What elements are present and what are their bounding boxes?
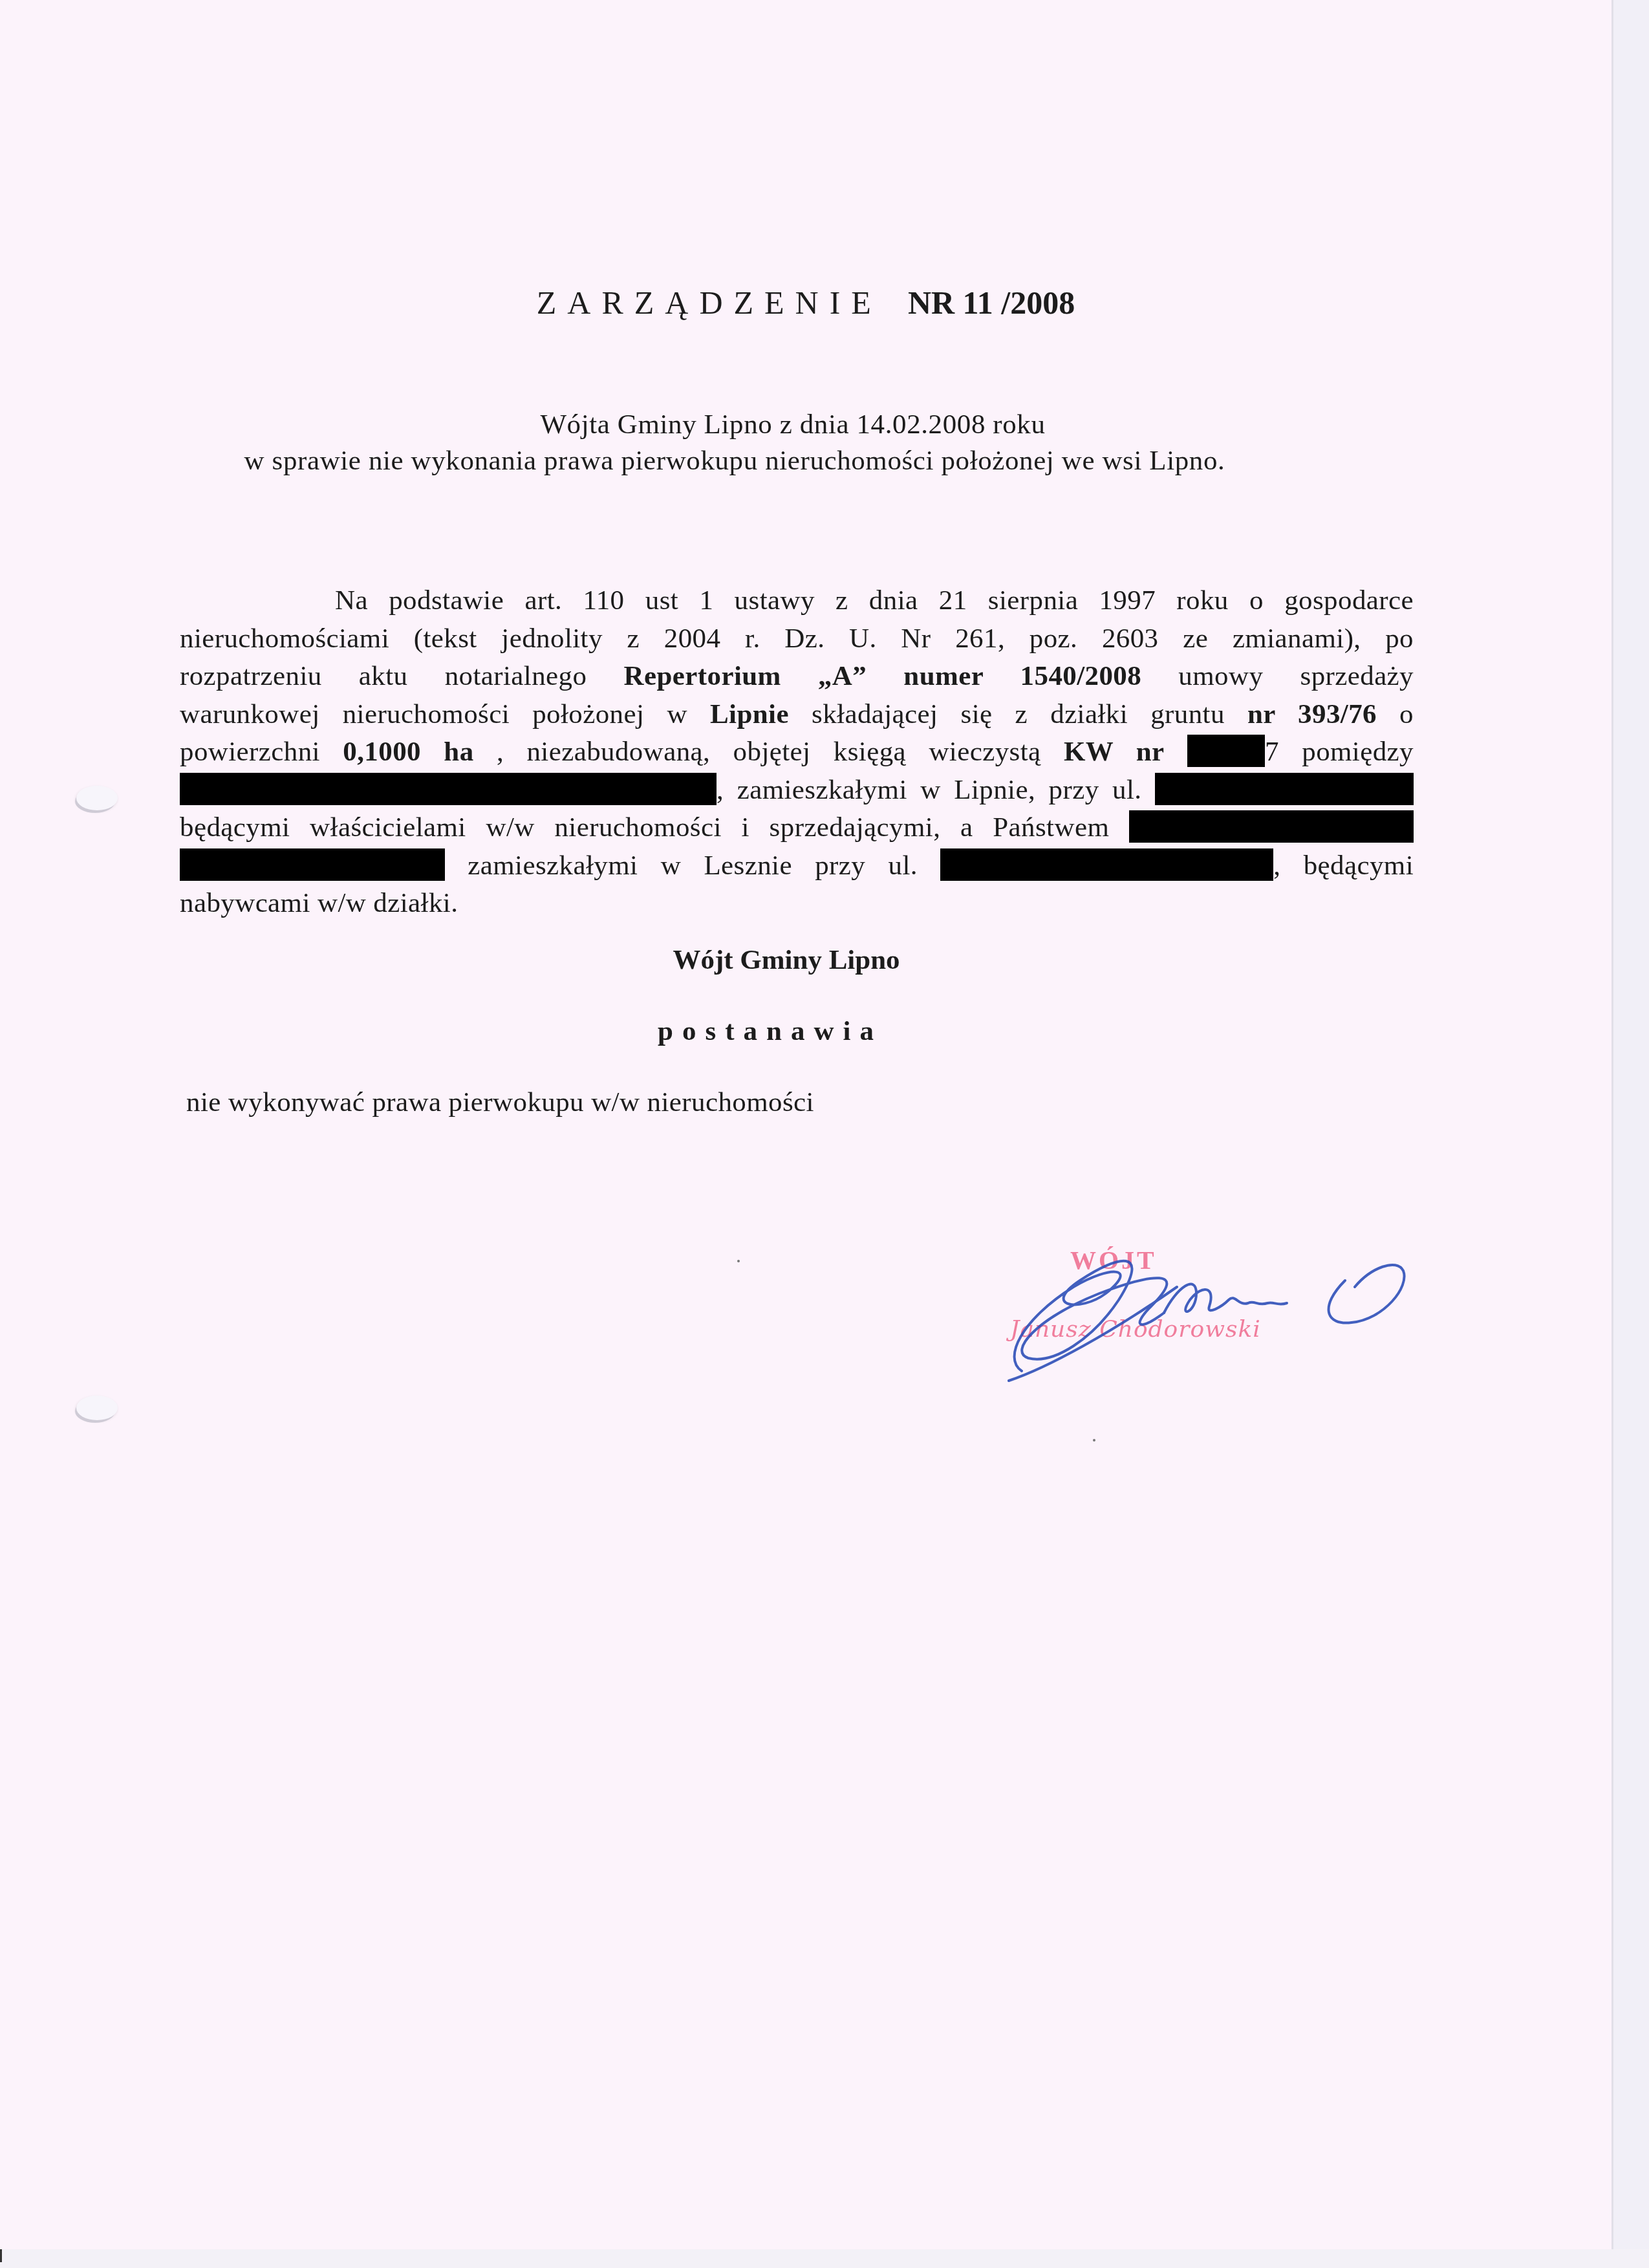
redaction-seller-names (180, 773, 717, 805)
punch-hole-icon (76, 1396, 118, 1420)
notarial-act-reference: Repertorium „A” numer 1540/2008 (624, 661, 1142, 691)
scan-bottom-strip (0, 2249, 1649, 2268)
land-register-label: KW nr (1064, 737, 1165, 767)
redaction-buyer-names (1129, 810, 1414, 843)
scan-edge-mark (0, 2249, 2, 2262)
text: o (1399, 699, 1414, 729)
punch-hole-icon (76, 786, 118, 810)
text: , zamieszkałymi w Lipnie, przy ul. (717, 775, 1141, 805)
redaction-seller-street (1155, 773, 1414, 805)
body-paragraph: Na podstawie art. 110 ust 1 ustawy z dni… (180, 582, 1414, 923)
body-line: zamieszkałymi w Lesznie przy ul. , będąc… (180, 847, 1414, 885)
text: będącymi właścicielami w/w nieruchomości… (180, 812, 1109, 843)
scan-speck (1093, 1439, 1095, 1442)
redaction-buyer-street (940, 848, 1273, 881)
plot-area: 0,1000 ha (343, 737, 473, 767)
text: rozpatrzeniu aktu notarialnego (180, 661, 587, 691)
title-number: NR 11 /2008 (908, 285, 1075, 321)
body-line: warunkowej nieruchomości położonej w Lip… (180, 696, 1414, 734)
text: umowy sprzedaży (1178, 661, 1414, 691)
title-word: ZARZĄDZENIE (537, 285, 882, 321)
text: zamieszkałymi w Lesznie przy ul. (468, 850, 918, 881)
text: składającej się z działki gruntu (812, 699, 1225, 729)
paper-sheet (0, 0, 1613, 2249)
subtitle-subject: w sprawie nie wykonania prawa pierwokupu… (0, 444, 1540, 479)
signature-icon (983, 1209, 1423, 1403)
body-line: powierzchni 0,1000 ha , niezabudowaną, o… (180, 733, 1414, 772)
body-line: będącymi właścicielami w/w nieruchomości… (180, 809, 1414, 847)
subtitle-issuer-date: Wójta Gminy Lipno z dnia 14.02.2008 roku (0, 407, 1599, 442)
plot-number: nr 393/76 (1247, 699, 1377, 729)
body-line: Na podstawie art. 110 ust 1 ustawy z dni… (180, 582, 1414, 620)
mayor-heading: Wójt Gminy Lipno (0, 943, 1592, 978)
text: powierzchni (180, 737, 320, 767)
text: , niezabudowaną, objętej księgą wieczyst… (497, 737, 1041, 767)
body-line: nabywcami w/w działki. (180, 885, 1414, 923)
decision-text: nie wykonywać prawa pierwokupu w/w nieru… (186, 1085, 814, 1120)
body-line: , zamieszkałymi w Lipnie, przy ul. (180, 772, 1414, 810)
text: 7 pomiędzy (1265, 737, 1414, 767)
body-line: nieruchomościami (tekst jednolity z 2004… (180, 620, 1414, 658)
decides-heading: postanawia (0, 1014, 1576, 1049)
body-line: rozpatrzeniu aktu notarialnego Repertori… (180, 658, 1414, 696)
redaction-land-register-number (1187, 735, 1265, 767)
text: warunkowej nieruchomości położonej w (180, 699, 687, 729)
redaction-buyer-names-cont (180, 848, 445, 881)
document-title: ZARZĄDZENIENR 11 /2008 (0, 283, 1611, 322)
locality-name: Lipnie (710, 699, 789, 729)
text: , będącymi (1273, 850, 1414, 881)
scan-speck (737, 1260, 740, 1262)
